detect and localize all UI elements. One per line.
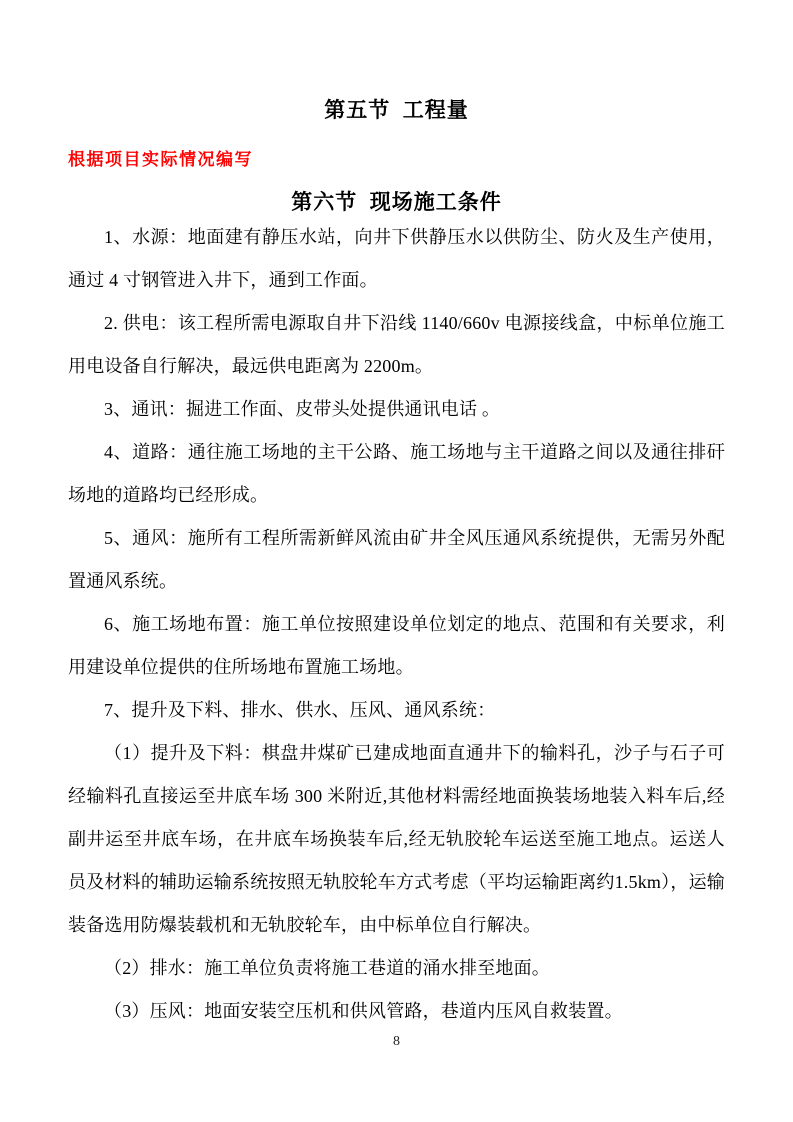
section-5-title: 第五节 工程量 <box>68 96 725 124</box>
paragraph-hoisting-materials: （1）提升及下料：棋盘井煤矿已建成地面直通井下的输料孔，沙子与石子可经输料孔直接… <box>68 732 725 947</box>
paragraph-compressed-air: （3）压风：地面安装空压机和供风管路，巷道内压风自救装置。 <box>68 990 725 1033</box>
red-annotation-note: 根据项目实际情况编写 <box>68 148 725 172</box>
paragraph-communication: 3、通讯：掘进工作面、皮带头处提供通讯电话 。 <box>68 388 725 431</box>
paragraph-power-supply: 2. 供电：该工程所需电源取自井下沿线 1140/660v 电源接线盒，中标单位… <box>68 302 725 388</box>
paragraph-systems-heading: 7、提升及下料、排水、供水、压风、通风系统： <box>68 689 725 732</box>
document-content: 第五节 工程量 根据项目实际情况编写 第六节 现场施工条件 1、水源：地面建有静… <box>0 0 793 1033</box>
paragraph-roads: 4、道路：通往施工场地的主干公路、施工场地与主干道路之间以及通往排矸场地的道路均… <box>68 431 725 517</box>
paragraph-water-source: 1、水源：地面建有静压水站，向井下供静压水以供防尘、防火及生产使用，通过 4 寸… <box>68 216 725 302</box>
page-number: 8 <box>0 1034 793 1050</box>
section-6-title: 第六节 现场施工条件 <box>68 188 725 216</box>
paragraph-site-layout: 6、施工场地布置：施工单位按照建设单位划定的地点、范围和有关要求，利用建设单位提… <box>68 603 725 689</box>
document-page: 第五节 工程量 根据项目实际情况编写 第六节 现场施工条件 1、水源：地面建有静… <box>0 0 793 1122</box>
paragraph-ventilation: 5、通风：施所有工程所需新鲜风流由矿井全风压通风系统提供，无需另外配置通风系统。 <box>68 517 725 603</box>
paragraph-drainage: （2）排水：施工单位负责将施工巷道的涌水排至地面。 <box>68 947 725 990</box>
